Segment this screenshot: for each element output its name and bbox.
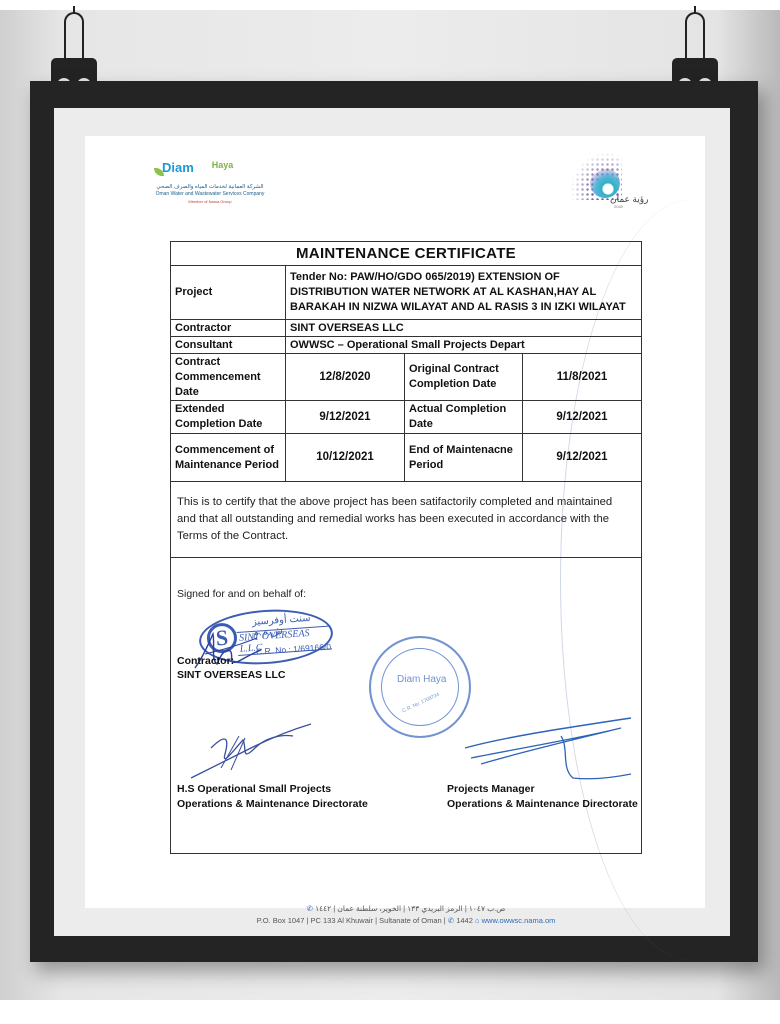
- logo-brand: DiamHaya: [162, 160, 233, 175]
- pm-signatory-title: Projects Manager: [447, 782, 535, 797]
- owwsc-stamp: Diam Haya C.R. No: 1708724: [369, 636, 471, 738]
- logo-arabic-name: الشركة العمانية لخدمات المياه والصرف الص…: [154, 184, 266, 190]
- wall-top: [0, 0, 780, 10]
- pm-signatory-directorate: Operations & Maintenance Directorate: [447, 797, 638, 812]
- pm-signature: [461, 708, 641, 788]
- signed-on-behalf: Signed for and on behalf of:: [177, 588, 306, 600]
- owwsc-stamp-brand: Diam Haya: [397, 674, 446, 685]
- row-contract-dates: Contract Commencement Date 12/8/2020 Ori…: [171, 354, 641, 401]
- original-completion-value: 11/8/2021: [523, 354, 641, 400]
- extended-completion-label: Extended Completion Date: [171, 401, 286, 433]
- owwsc-logo: DiamHaya الشركة العمانية لخدمات المياه و…: [154, 160, 266, 214]
- logo-english-name: Oman Water and Wastewater Services Compa…: [154, 191, 266, 197]
- row-project: Project Tender No: PAW/HO/GDO 065/2019) …: [171, 266, 641, 320]
- contract-commencement-label: Contract Commencement Date: [171, 354, 286, 400]
- hs-signature: [181, 718, 321, 788]
- row-maintenance-dates: Commencement of Maintenance Period 10/12…: [171, 434, 641, 482]
- footer-english: P.O. Box 1047 | PC 133 Al Khuwair | Sult…: [170, 916, 642, 926]
- consultant-value: OWWSC – Operational Small Projects Depar…: [286, 337, 641, 353]
- certificate-title: MAINTENANCE CERTIFICATE: [171, 242, 641, 266]
- logo-member-line: Member of Nama Group: [154, 199, 266, 204]
- phone-icon: ✆: [307, 904, 313, 913]
- maintenance-end-label: End of Maintenacne Period: [405, 434, 523, 481]
- s-logo-icon: S: [206, 622, 238, 654]
- vision-year: 2040: [614, 204, 623, 209]
- original-completion-label: Original Contract Completion Date: [405, 354, 523, 400]
- maintenance-end-value: 9/12/2021: [523, 434, 641, 481]
- hanger-wire: [64, 12, 84, 60]
- maintenance-start-label: Commencement of Maintenance Period: [171, 434, 286, 481]
- certification-statement: This is to certify that the above projec…: [171, 482, 641, 558]
- web-icon: ⌂: [475, 916, 480, 925]
- oman-vision-logo: رؤية عمان 2040: [566, 150, 656, 212]
- footer-website: www.owwsc.nama.om: [482, 916, 556, 925]
- footer-arabic: ص.ب ١٠٤٧ | الرمز البريدي ١٣٣ | الخوير، س…: [170, 904, 642, 913]
- phone-icon: ✆: [448, 916, 454, 925]
- row-contractor: Contractor SINT OVERSEAS LLC: [171, 320, 641, 337]
- contractor-label: Contractor: [171, 320, 286, 336]
- hanger-left: [51, 6, 97, 84]
- hs-signatory-title: H.S Operational Small Projects: [177, 782, 331, 797]
- consultant-label: Consultant: [171, 337, 286, 353]
- hanger-wire: [685, 12, 705, 60]
- project-value: Tender No: PAW/HO/GDO 065/2019) EXTENSIO…: [286, 266, 641, 319]
- contractor-signature-name: SINT OVERSEAS LLC: [177, 668, 286, 682]
- contractor-value: SINT OVERSEAS LLC: [286, 320, 641, 336]
- contract-commencement-value: 12/8/2020: [286, 354, 405, 400]
- contractor-signature-label: Contractor:: [177, 654, 234, 668]
- maintenance-certificate: MAINTENANCE CERTIFICATE Project Tender N…: [170, 241, 642, 854]
- extended-completion-value: 9/12/2021: [286, 401, 405, 433]
- hanger-right: [672, 6, 718, 84]
- actual-completion-label: Actual Completion Date: [405, 401, 523, 433]
- maintenance-start-value: 10/12/2021: [286, 434, 405, 481]
- signatures-section: Signed for and on behalf of: S سنت أوفرس…: [171, 558, 641, 848]
- row-completion-dates: Extended Completion Date 9/12/2021 Actua…: [171, 401, 641, 434]
- actual-completion-value: 9/12/2021: [523, 401, 641, 433]
- wall-bottom: [0, 1000, 780, 1024]
- row-consultant: Consultant OWWSC – Operational Small Pro…: [171, 337, 641, 354]
- owwsc-stamp-cr: C.R. No: 1708724: [402, 692, 441, 714]
- project-label: Project: [171, 266, 286, 319]
- hs-signatory-directorate: Operations & Maintenance Directorate: [177, 797, 368, 812]
